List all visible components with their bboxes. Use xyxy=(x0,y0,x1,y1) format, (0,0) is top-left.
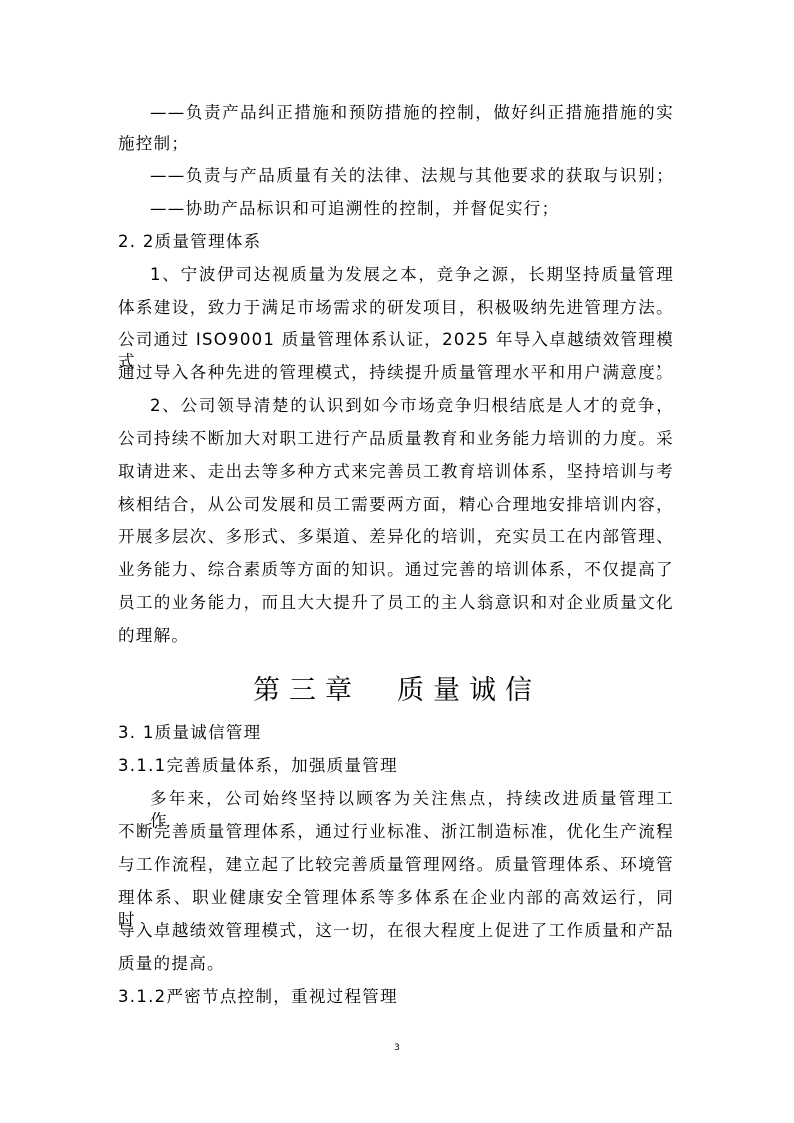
text-line: 3. 1质量诚信管理 xyxy=(118,722,674,744)
text-line: 与工作流程，建立起了比较完善质量管理网络。质量管理体系、环境管 xyxy=(118,854,674,876)
text-line: 公司持续不断加大对职工进行产品质量教育和业务能力培训的力度。采 xyxy=(118,428,674,450)
text-line: 体系建设，致力于满足市场需求的研发项目，积极吸纳先进管理方法。 xyxy=(118,297,674,319)
text-line: 3.1.2严密节点控制，重视过程管理 xyxy=(118,986,674,1008)
text-line: 1、宁波伊司达视质量为发展之本，竞争之源，长期坚持质量管理 xyxy=(150,264,674,286)
text-line: 通过导入各种先进的管理模式，持续提升质量管理水平和用户满意度。 xyxy=(118,362,674,384)
text-line: ——协助产品标识和可追溯性的控制，并督促实行； xyxy=(150,198,674,220)
text-line: 导入卓越绩效管理模式，这一切，在很大程度上促进了工作质量和产品 xyxy=(118,920,674,942)
document-page: ——负责产品纠正措施和预防措施的控制，做好纠正措施措施的实施控制；——负责与产品… xyxy=(0,0,794,1123)
text-line: 核相结合，从公司发展和员工需要两方面，精心合理地安排培训内容， xyxy=(118,494,674,516)
text-line: 2、公司领导清楚的认识到如今市场竞争归根结底是人才的竞争， xyxy=(150,395,674,417)
text-line: 3.1.1完善质量体系，加强质量管理 xyxy=(118,755,674,777)
text-line: 业务能力、综合素质等方面的知识。通过完善的培训体系，不仅提高了 xyxy=(118,559,674,581)
page-number: 3 xyxy=(0,1043,794,1053)
text-line: 质量的提高。 xyxy=(118,953,674,975)
text-line: 开展多层次、多形式、多渠道、差异化的培训，充实员工在内部管理、 xyxy=(118,526,674,548)
text-line: 的理解。 xyxy=(118,625,674,647)
text-line: ——负责与产品质量有关的法律、法规与其他要求的获取与识别； xyxy=(150,165,674,187)
text-line: 取请进来、走出去等多种方式来完善员工教育培训体系，坚持培训与考 xyxy=(118,461,674,483)
text-line: 员工的业务能力，而且大大提升了员工的主人翁意识和对企业质量文化 xyxy=(118,592,674,614)
text-line: ——负责产品纠正措施和预防措施的控制，做好纠正措施措施的实 xyxy=(150,102,674,124)
text-line: 不断完善质量管理体系，通过行业标准、浙江制造标准，优化生产流程 xyxy=(118,821,674,843)
text-line: 施控制； xyxy=(118,133,674,155)
text-line: 2. 2质量管理体系 xyxy=(118,231,674,253)
chapter-heading: 第三章 质量诚信 xyxy=(0,674,794,708)
